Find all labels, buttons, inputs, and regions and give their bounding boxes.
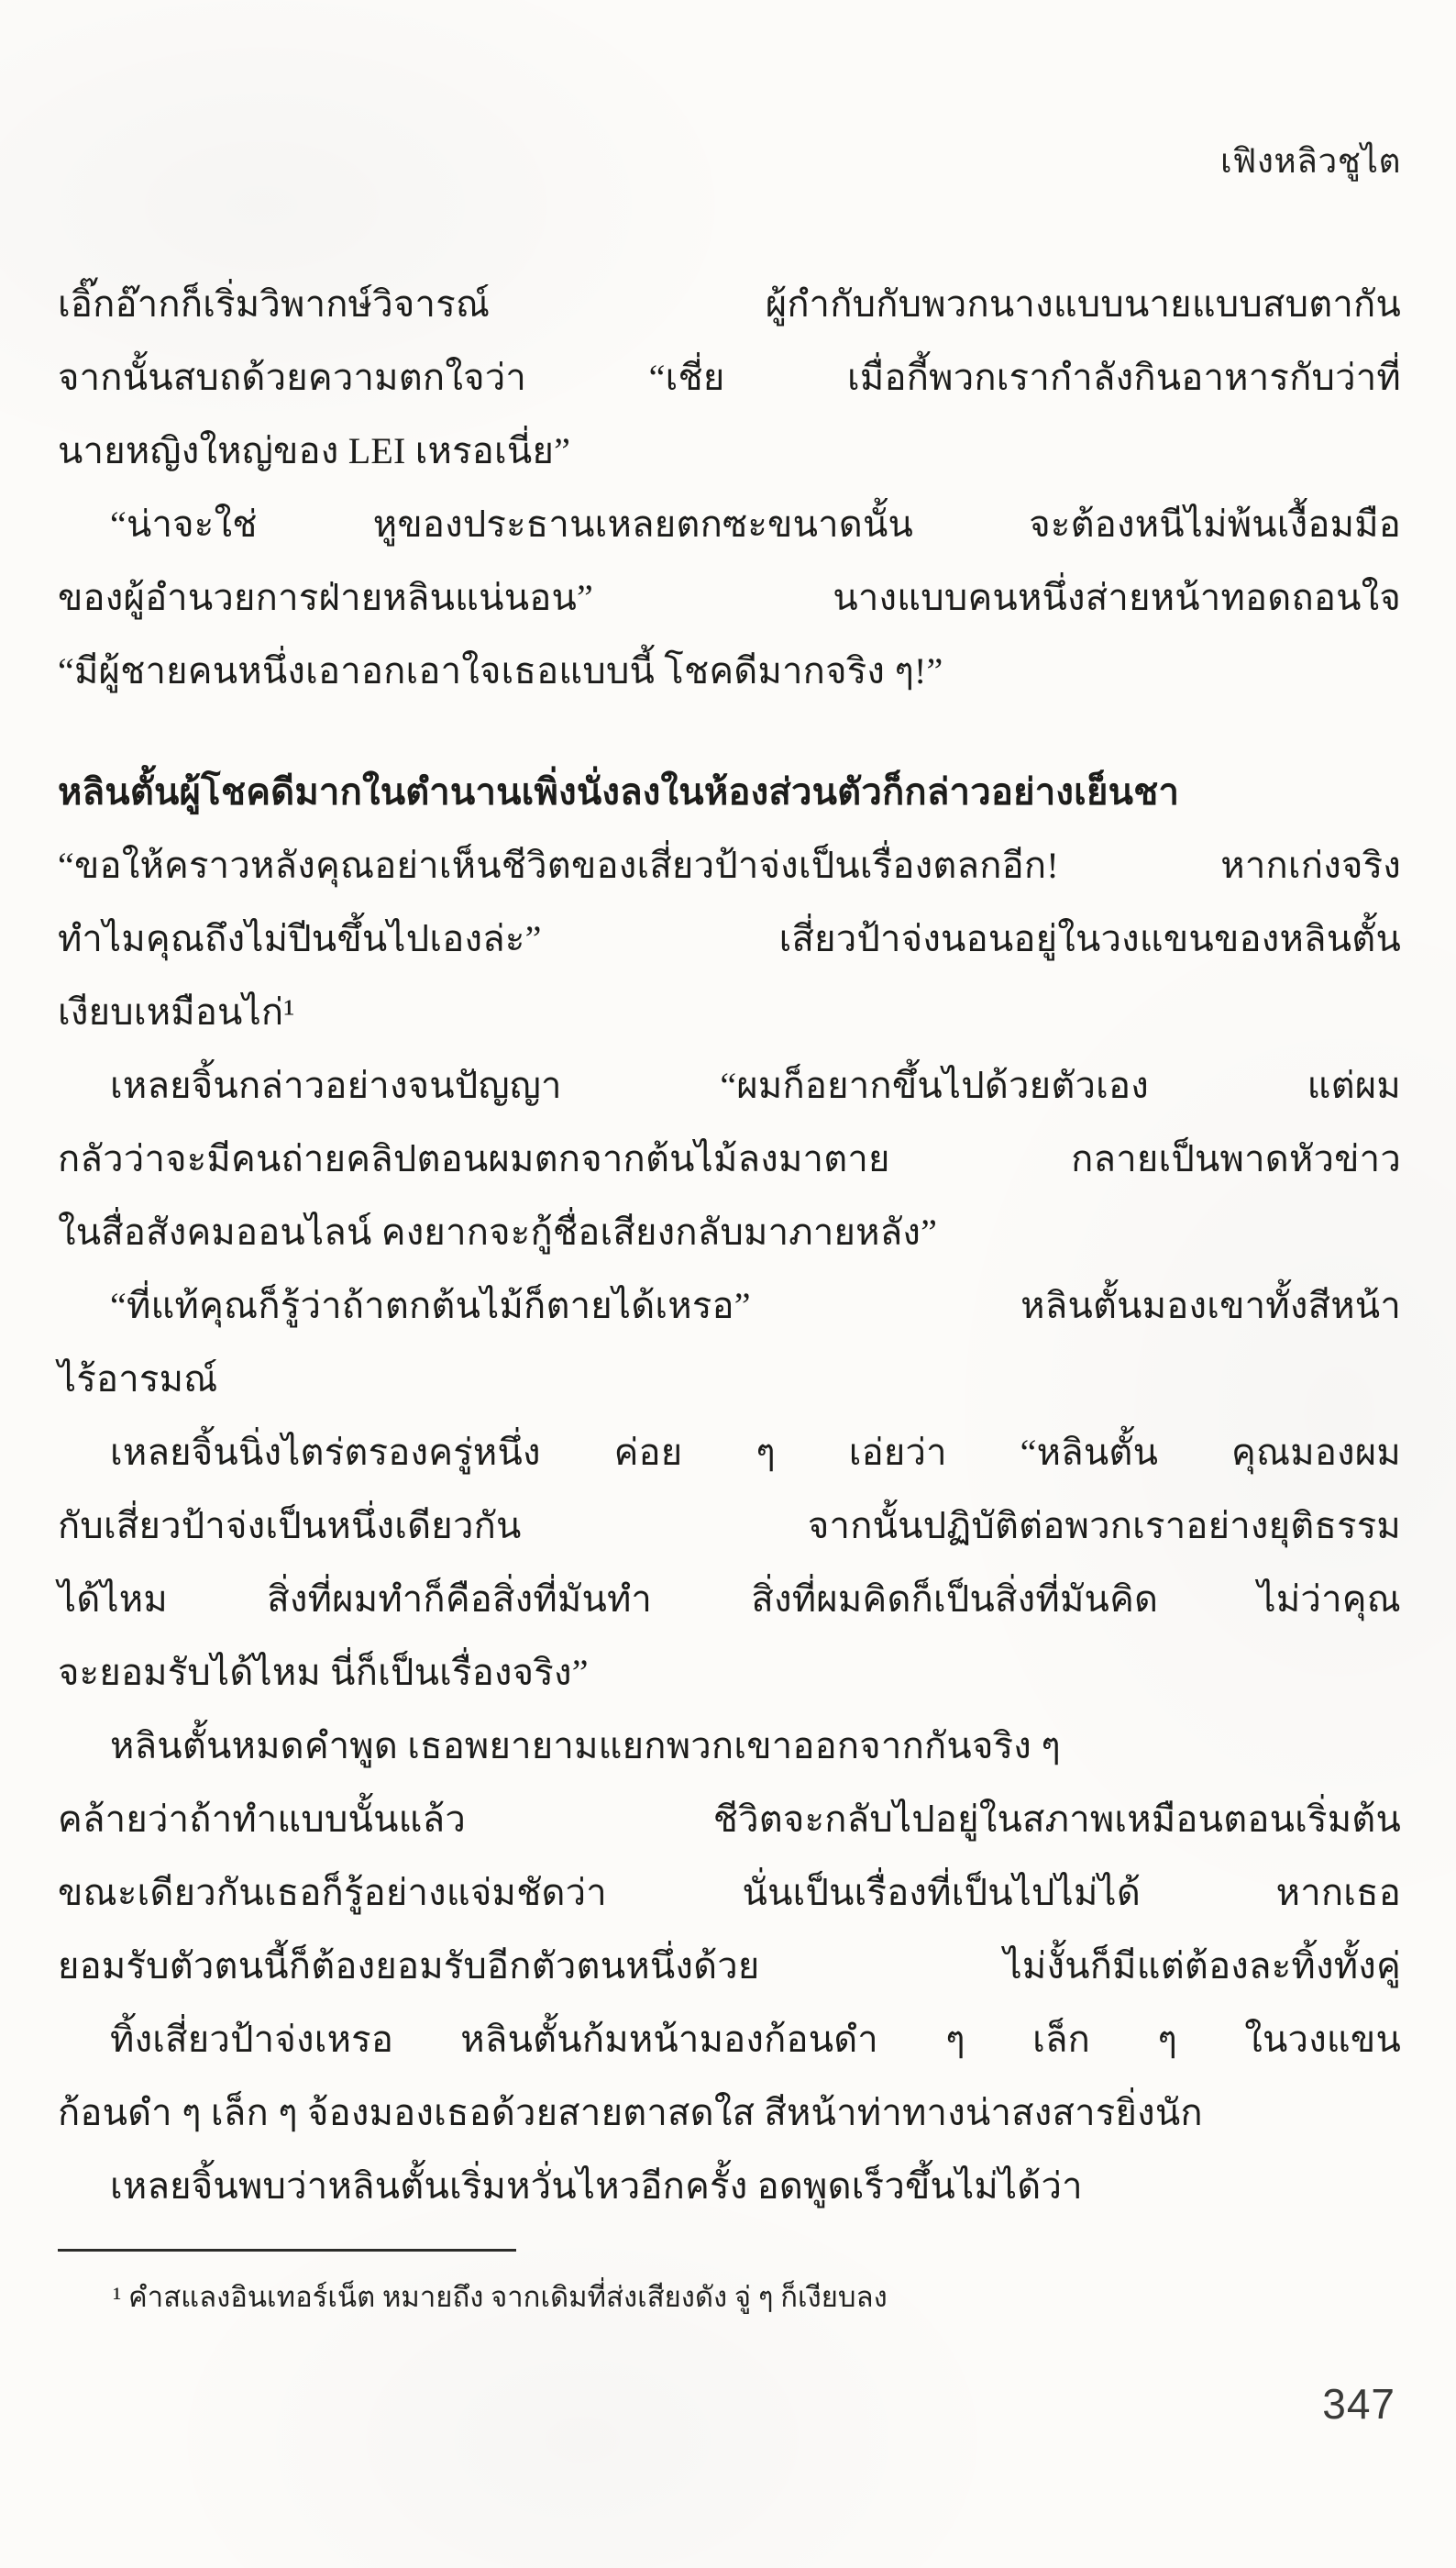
text-line: “มีผู้ชายคนหนึ่งเอาอกเอาใจเธอแบบนี้ โชคด… bbox=[58, 635, 1401, 708]
text-line: ยอมรับตัวตนนี้ก็ต้องยอมรับอีกตัวตนหนึ่งด… bbox=[58, 1930, 1401, 2003]
text-line: เงียบเหมือนไก่¹ bbox=[58, 976, 1401, 1049]
text-line: จากนั้นสบถด้วยความตกใจว่า “เชี่ย เมื่อกี… bbox=[58, 341, 1401, 415]
text-line: ก้อนดำ ๆ เล็ก ๆ จ้องมองเธอด้วยสายตาสดใส … bbox=[58, 2076, 1401, 2150]
text-line: เหลยจิ้นกล่าวอย่างจนปัญญา “ผมก็อยากขึ้นไ… bbox=[58, 1049, 1401, 1123]
text-line: ไร้อารมณ์ bbox=[58, 1343, 1401, 1416]
text-line: ของผู้อำนวยการฝ่ายหลินแน่นอน” นางแบบคนหน… bbox=[58, 561, 1401, 635]
text-line: หลินตั้นหมดคำพูด เธอพยายามแยกพวกเขาออกจา… bbox=[58, 1710, 1401, 1783]
text-line: หลินตั้นผู้โชคดีมากในตำนานเพิ่งนั่งลงในห… bbox=[58, 756, 1401, 829]
text-line: ได้ไหม สิ่งที่ผมทำก็คือสิ่งที่มันทำ สิ่ง… bbox=[58, 1563, 1401, 1636]
running-head: เฟิงหลิวชูไต bbox=[1220, 134, 1401, 188]
text-line: เหลยจิ้นนิ่งไตร่ตรองครู่หนึ่ง ค่อย ๆ เอ่… bbox=[58, 1416, 1401, 1489]
footnote: ¹ คำสแลงอินเทอร์เน็ต หมายถึง จากเดิมที่ส… bbox=[58, 2249, 1401, 2318]
text-line: “ขอให้คราวหลังคุณอย่าเห็นชีวิตของเสี่ยวป… bbox=[58, 829, 1401, 902]
text-line: ทิ้งเสี่ยวป้าจ่งเหรอ หลินตั้นก้มหน้ามองก… bbox=[58, 2003, 1401, 2076]
footnote-rule bbox=[58, 2249, 516, 2252]
text-line: กลัวว่าจะมีคนถ่ายคลิปตอนผมตกจากต้นไม้ลงม… bbox=[58, 1123, 1401, 1196]
text-line: ในสื่อสังคมออนไลน์ คงยากจะกู้ชื่อเสียงกล… bbox=[58, 1196, 1401, 1269]
text-line: “ที่แท้คุณก็รู้ว่าถ้าตกต้นไม้ก็ตายได้เหร… bbox=[58, 1269, 1401, 1343]
text-line: ทำไมคุณถึงไม่ปีนขึ้นไปเองล่ะ” เสี่ยวป้าจ… bbox=[58, 902, 1401, 976]
book-page: เฟิงหลิวชูไต เอิ๊กอ๊ากก็เริ่มวิพากษ์วิจา… bbox=[0, 0, 1456, 2568]
text-line: คล้ายว่าถ้าทำแบบนั้นแล้ว ชีวิตจะกลับไปอย… bbox=[58, 1783, 1401, 1856]
text-line: เหลยจิ้นพบว่าหลินตั้นเริ่มหวั่นไหวอีกครั… bbox=[58, 2150, 1401, 2223]
text-line: จะยอมรับได้ไหม นี่ก็เป็นเรื่องจริง” bbox=[58, 1636, 1401, 1710]
text-line: “น่าจะใช่ หูของประธานเหลยตกซะขนาดนั้น จะ… bbox=[58, 488, 1401, 561]
text-line: เอิ๊กอ๊ากก็เริ่มวิพากษ์วิจารณ์ ผู้กำกับก… bbox=[58, 268, 1401, 341]
footnote-text: ¹ คำสแลงอินเทอร์เน็ต หมายถึง จากเดิมที่ส… bbox=[58, 2277, 1401, 2318]
page-number: 347 bbox=[1322, 2379, 1395, 2429]
text-line: ขณะเดียวกันเธอก็รู้อย่างแจ่มชัดว่า นั่นเ… bbox=[58, 1856, 1401, 1930]
text-line: นายหญิงใหญ่ของ LEI เหรอเนี่ย” bbox=[58, 415, 1401, 488]
body-text: เอิ๊กอ๊ากก็เริ่มวิพากษ์วิจารณ์ ผู้กำกับก… bbox=[58, 268, 1401, 2223]
text-line: กับเสี่ยวป้าจ่งเป็นหนึ่งเดียวกัน จากนั้น… bbox=[58, 1489, 1401, 1563]
